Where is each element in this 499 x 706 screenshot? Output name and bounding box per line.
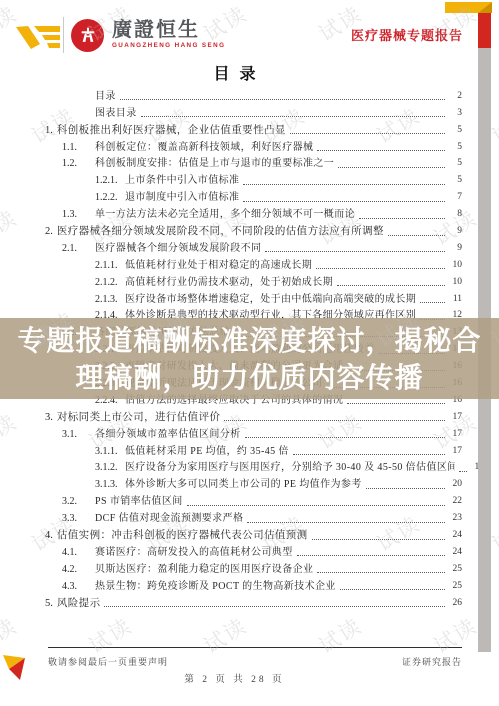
toc-row: 2.1.1. 低值耗材行业处于相对稳定的高速成长期 10 (45, 255, 462, 272)
toc-row-dotted-leader (243, 201, 445, 202)
watermark-text: 试读 (428, 610, 483, 660)
toc-row: 4. 估值实例：冲击科创板的医疗器械代表公司估值预测 24 (45, 525, 462, 542)
toc-row-number: 4.2. (62, 563, 91, 576)
corner-ribbon-red (478, 13, 491, 48)
toc-row: 3.1.1. 低值耗材采用 PE 均值，约 35-45 倍 17 (45, 441, 462, 458)
toc-row: 目录 2 (45, 86, 462, 103)
toc-row: 3. 对标同类上市公司，进行估值评价 17 (45, 407, 462, 424)
toc-row: 4.3. 热景生物：跨免疫诊断及 POCT 的生物高新技术企业 25 (45, 576, 462, 593)
toc-row-title: 低值耗材行业处于相对稳定的高速成长期 (125, 259, 312, 272)
toc-row: 5. 风险提示 26 (45, 593, 462, 610)
toc-row: 2.1.2. 高值耗材行业仍需技术驱动，处于初始成长期 10 (45, 272, 462, 289)
toc-row-page: 11 (448, 293, 462, 306)
toc-row-title: 贝斯达医疗：盈利能力稳定的医用医疗设备企业 (95, 563, 313, 576)
toc-row-number: 5. (45, 597, 53, 610)
brand-name-en: GUANGZHENG HANG SENG (112, 42, 225, 49)
toc-row-title: 退市制度中引入市值标准 (125, 191, 239, 204)
logo-divider (63, 17, 64, 53)
toc-row-title: 单一方法方法未必完全适用，多个细分领域不可一概而论 (95, 208, 355, 221)
toc-row-page: 24 (448, 546, 462, 559)
toc-row-page: 5 (448, 157, 462, 170)
toc-row-dotted-leader (366, 488, 445, 489)
toc-row-page: 24 (448, 529, 462, 542)
toc-row-number: 3. (45, 411, 53, 424)
corner-ribbon-fold (478, 2, 492, 13)
toc-row: 1.2.2. 退市制度中引入市值标准 7 (45, 187, 462, 204)
promo-banner: 专题报道稿酬标准深度探讨，揭秘合 理稿酬，助力优质内容传播 (0, 318, 499, 399)
toc-row-page: 26 (448, 597, 462, 610)
footer-corner-triangle-icon (2, 652, 28, 682)
toc-row-number: 2.1. (62, 242, 91, 255)
toc-row-dotted-leader (312, 539, 445, 540)
toc-row-dotted-leader (347, 403, 445, 404)
toc-row: 1.1. 科创板定位：覆盖高新科技领域，利好医疗器械 5 (45, 137, 462, 154)
toc-row-title: 科创板推出利好医疗器械，企业估值重要性凸显 (57, 124, 286, 137)
toc-row-page: 22 (448, 495, 462, 508)
toc-row-page: 23 (448, 512, 462, 525)
toc-row-dotted-leader (224, 420, 445, 421)
toc-row-page: 5 (448, 141, 462, 154)
toc-row-number: 4.1. (62, 546, 91, 559)
toc-row-dotted-leader (338, 167, 445, 168)
toc-row-dotted-leader (388, 235, 445, 236)
toc-row-number: 3.3. (62, 512, 91, 525)
toc-row: 3.1.2. 医疗设备分为家用医疗与医用医疗，分别给予 30-40 及 45-5… (45, 458, 462, 475)
toc-row-number: 3.1.3. (95, 478, 121, 491)
toc-row-number: 1.2.2. (95, 191, 121, 204)
toc-row-dotted-leader (187, 505, 445, 506)
toc-row-number: 2.1.1. (95, 259, 121, 272)
toc-row: 3.1. 各细分领域市盈率估值区间分析 17 (45, 424, 462, 441)
toc-row-dotted-leader (265, 251, 445, 252)
toc-row-title: 热景生物：跨免疫诊断及 POCT 的生物高新技术企业 (95, 580, 336, 593)
toc-row: 1.2. 科创板制度安排：估值是上市与退市的重要标准之一 5 (45, 154, 462, 171)
toc-row-number: 1.3. (62, 208, 91, 221)
promo-banner-line1: 专题报道稿酬标准深度探讨，揭秘合 (0, 322, 499, 359)
toc-row-page: 2 (448, 90, 462, 103)
toc-row-page: 25 (448, 580, 462, 593)
toc-row-dotted-leader (247, 522, 445, 523)
brand-text-block: 廣證恒生 GUANGZHENG HANG SENG (112, 19, 225, 49)
toc-row-dotted-leader (243, 184, 445, 185)
toc-row-number: 2.1.2. (95, 276, 121, 289)
toc-row-number: 2. (45, 225, 53, 238)
toc-row: 1. 科创板推出利好医疗器械，企业估值重要性凸显 5 (45, 120, 462, 137)
toc-row-dotted-leader (317, 150, 445, 151)
toc-row-page: 5 (448, 174, 462, 187)
promo-banner-line2: 理稿酬，助力优质内容传播 (0, 359, 499, 396)
toc-row-dotted-leader (316, 268, 445, 269)
toc-row-dotted-leader (340, 589, 445, 590)
toc-row-dotted-leader (120, 99, 445, 100)
toc-row-title: 各细分领域市盈率估值区间分析 (95, 428, 241, 441)
seal-emblem-icon (77, 25, 99, 47)
toc-row: 2.1. 医疗器械各个细分领域发展阶段不同 9 (45, 238, 462, 255)
toc-row: 3.3. DCF 估值对现金流预测要求严格 23 (45, 508, 462, 525)
toc-row-number: 1.1. (62, 141, 91, 154)
watermark-text: 试读 (198, 610, 253, 660)
toc-row-number: 1. (45, 124, 53, 137)
toc-row-title: 对标同类上市公司，进行估值评价 (57, 411, 221, 424)
watermark-text: 试读 (313, 610, 368, 660)
toc-row-number: 3.1.2. (95, 461, 121, 474)
toc-row-page: 17 (448, 411, 462, 424)
toc-row-page: 8 (448, 208, 462, 221)
watermark-text: 试读 (0, 406, 22, 456)
toc-row-number: 4.3. (62, 580, 91, 593)
toc-row-page: 20 (448, 478, 462, 491)
toc-row-title: 科创板制度安排：估值是上市与退市的重要标准之一 (95, 157, 334, 170)
toc-row: 3.2. PS 市销率估值区间 22 (45, 491, 462, 508)
toc-row-page: 3 (448, 107, 462, 120)
toc-title: 目录 (0, 61, 469, 84)
toc-row: 图表目录 3 (45, 103, 462, 120)
toc-row-dotted-leader (290, 133, 445, 134)
toc-row-title: 赛诺医疗：高研发投入的高值耗材公司典型 (95, 546, 293, 559)
toc-row: 4.1. 赛诺医疗：高研发投入的高值耗材公司典型 24 (45, 542, 462, 559)
footer-report-category: 证券研究报告 (402, 655, 462, 668)
toc-row-dotted-leader (317, 572, 445, 573)
toc-row-dotted-leader (359, 218, 445, 219)
toc-row-page: 25 (448, 563, 462, 576)
document-page: 廣證恒生 GUANGZHENG HANG SENG 医疗器械专题报告 目录 目录… (0, 0, 499, 706)
watermark-text: 试读 (0, 202, 22, 252)
toc-row-dotted-leader (420, 302, 445, 303)
toc-row-dotted-leader (297, 555, 445, 556)
toc-row-title: 高值耗材行业仍需技术驱动，处于初始成长期 (125, 276, 333, 289)
toc-row: 3.1.3. 体外诊断大多可以同类上市公司的 PE 均值作为参考 20 (45, 474, 462, 491)
toc-row-title: 风险提示 (57, 597, 101, 610)
toc-row-title: 低值耗材采用 PE 均值，约 35-45 倍 (125, 445, 289, 458)
toc-row-dotted-leader (293, 454, 445, 455)
toc-row-page: 10 (448, 259, 462, 272)
toc-row-page: 10 (448, 276, 462, 289)
toc-row-dotted-leader (337, 285, 445, 286)
toc-row-number: 1.2.1. (95, 174, 121, 187)
toc-row: 2. 医疗器械各细分领域发展阶段不同，不同阶段的估值方法应有所调整 9 (45, 221, 462, 238)
toc-row-number: 4. (45, 529, 53, 542)
footer-page-number: 第 2 页 共 28 页 (0, 671, 469, 685)
toc-row-title: 医疗设备市场整体增速稳定，处于由中低端向高端突破的成长期 (125, 293, 416, 306)
toc-row-dotted-leader (245, 437, 445, 438)
toc-row-title: 医疗器械各个细分领域发展阶段不同 (95, 242, 261, 255)
toc-row-title: 上市条件中引入市值标准 (125, 174, 239, 187)
toc-row-number: 1.2. (62, 157, 91, 170)
watermark-text: 试读 (83, 610, 138, 660)
toc-row-title: 科创板定位：覆盖高新科技领域，利好医疗器械 (95, 141, 313, 154)
toc-row: 2.1.3. 医疗设备市场整体增速稳定，处于由中低端向高端突破的成长期 11 (45, 289, 462, 306)
brand-logo-icon (15, 23, 61, 51)
toc-row-dotted-leader (459, 471, 467, 472)
toc-row-title: 医疗设备分为家用医疗与医用医疗，分别给予 30-40 及 45-50 倍估值区间 (125, 461, 455, 474)
toc-row-title: 体外诊断大多可以同类上市公司的 PE 均值作为参考 (125, 478, 362, 491)
toc-row-title: PS 市销率估值区间 (95, 495, 183, 508)
report-type-label: 医疗器械专题报告 (351, 25, 463, 44)
brand-seal-icon (71, 19, 104, 52)
toc-row-title: 医疗器械各细分领域发展阶段不同，不同阶段的估值方法应有所调整 (57, 225, 384, 238)
toc-row-dotted-leader (141, 116, 445, 117)
toc-row-page: 9 (448, 242, 462, 255)
toc-row-dotted-leader (104, 606, 445, 607)
toc-row-title: DCF 估值对现金流预测要求严格 (95, 512, 243, 525)
footer-divider (48, 647, 462, 648)
toc-row: 1.2.1. 上市条件中引入市值标准 5 (45, 170, 462, 187)
toc-row-page: 17 (448, 445, 462, 458)
toc-row-number: 3.1. (62, 428, 91, 441)
toc-row: 1.3. 单一方法方法未必完全适用，多个细分领域不可一概而论 8 (45, 204, 462, 221)
toc-row-page: 7 (448, 191, 462, 204)
toc-row-page: 9 (448, 225, 462, 238)
toc-row-number: 3.1.1. (95, 445, 121, 458)
toc-row-page: 5 (448, 124, 462, 137)
footer-disclaimer: 敬请参阅最后一页重要声明 (48, 655, 168, 668)
toc-row-title: 图表目录 (95, 107, 137, 120)
toc-row: 4.2. 贝斯达医疗：盈利能力稳定的医用医疗设备企业 25 (45, 559, 462, 576)
toc-row-title: 估值实例：冲击科创板的医疗器械代表公司估值预测 (57, 529, 308, 542)
report-header: 廣證恒生 GUANGZHENG HANG SENG 医疗器械专题报告 (0, 0, 499, 60)
toc-row-page: 17 (448, 428, 462, 441)
toc-row-title: 目录 (95, 90, 116, 103)
toc-row-number: 3.2. (62, 495, 91, 508)
toc-row-number: 2.1.3. (95, 293, 121, 306)
brand-name-cn: 廣證恒生 (112, 19, 225, 41)
